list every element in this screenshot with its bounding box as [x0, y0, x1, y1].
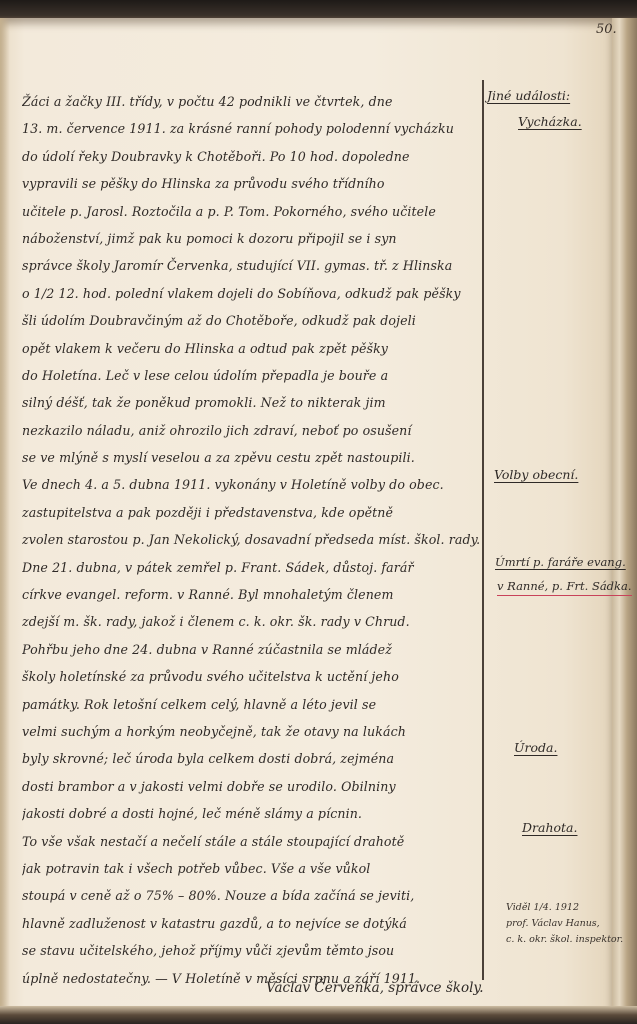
margin-topic-death-line1: Úmrtí p. faráře evang.	[495, 555, 626, 569]
text-line: správce školy Jaromír Červenka, studujíc…	[22, 252, 480, 279]
text-line: Pohřbu jeho dne 24. dubna v Ranné zúčast…	[22, 636, 480, 663]
margin-topic-death-line2: v Ranné, p. Frt. Sádka.	[497, 579, 632, 596]
text-line: zastupitelstva a pak později i představe…	[22, 499, 480, 526]
inspection-note-line: c. k. okr. škol. inspektor.	[506, 932, 623, 948]
text-line: hlavně zadluženost v katastru gazdů, a t…	[22, 910, 480, 937]
margin-section-title: Jiné události:	[487, 88, 570, 103]
margin-topic-elections: Volby obecní.	[494, 467, 578, 482]
text-line: náboženství, jimž pak ku pomoci k dozoru…	[22, 225, 480, 252]
margin-topic-inflation: Drahota.	[522, 820, 577, 835]
inspection-note-line: Viděl 1/4. 1912	[506, 900, 623, 916]
text-line: zdejší m. šk. rady, jakož i členem c. k.…	[22, 608, 480, 635]
margin-topic-harvest: Úroda.	[514, 740, 557, 755]
book-page-edges	[612, 18, 637, 1008]
text-line: 13. m. července 1911. za krásné ranní po…	[22, 115, 480, 142]
text-line: jak potravin tak i všech potřeb vůbec. V…	[22, 855, 480, 882]
text-line: stoupá v ceně až o 75% – 80%. Nouze a bí…	[22, 882, 480, 909]
signature: Václav Červenka, správce školy.	[266, 980, 484, 996]
text-line: dosti brambor a v jakosti velmi dobře se…	[22, 773, 480, 800]
text-line: do Holetína. Leč v lese celou údolím pře…	[22, 362, 480, 389]
inspection-note-line: prof. Václav Hanus,	[506, 916, 623, 932]
text-line: církve evangel. reform. v Ranné. Byl mno…	[22, 581, 480, 608]
text-line: To vše však nestačí a nečelí stále a stá…	[22, 828, 480, 855]
text-line: se stavu učitelského, jehož příjmy vůči …	[22, 937, 480, 964]
text-line: byly skrovné; leč úroda byla celkem dost…	[22, 745, 480, 772]
book-bottom-edge	[0, 1006, 637, 1024]
page-number: 50.	[596, 22, 617, 37]
text-line: Dne 21. dubna, v pátek zemřel p. Frant. …	[22, 554, 480, 581]
text-line: jakosti dobré a dosti hojné, leč méně sl…	[22, 800, 480, 827]
text-line: vypravili se pěšky do Hlinska za průvodu…	[22, 170, 480, 197]
text-line: opět vlakem k večeru do Hlinska a odtud …	[22, 335, 480, 362]
text-line: školy holetínské za průvodu svého učitel…	[22, 663, 480, 690]
text-line: památky. Rok letošní celkem celý, hlavně…	[22, 691, 480, 718]
text-line: do údolí řeky Doubravky k Chotěboři. Po …	[22, 143, 480, 170]
margin-divider-line	[482, 80, 484, 980]
text-line: Žáci a žačky III. třídy, v počtu 42 podn…	[22, 88, 480, 115]
book-binding-shadow	[0, 18, 10, 1008]
text-line: nezkazilo náladu, aniž ohrozilo jich zdr…	[22, 417, 480, 444]
text-line: o 1/2 12. hod. polední vlakem dojeli do …	[22, 280, 480, 307]
text-line: zvolen starostou p. Jan Nekolický, dosav…	[22, 526, 480, 553]
text-line: silný déšť, tak že poněkud promokli. Než…	[22, 389, 480, 416]
text-line: učitele p. Jarosl. Roztočila a p. P. Tom…	[22, 198, 480, 225]
chronicle-entry-text: Žáci a žačky III. třídy, v počtu 42 podn…	[22, 88, 480, 992]
text-line: šli údolím Doubravčiným až do Chotěboře,…	[22, 307, 480, 334]
inspection-note: Viděl 1/4. 1912 prof. Václav Hanus, c. k…	[506, 900, 623, 948]
text-line: Ve dnech 4. a 5. dubna 1911. vykonány v …	[22, 471, 480, 498]
text-line: se ve mlýně s myslí veselou a za zpěvu c…	[22, 444, 480, 471]
margin-topic-excursion: Vycházka.	[518, 114, 582, 129]
text-line: velmi suchým a horkým neobyčejně, tak že…	[22, 718, 480, 745]
